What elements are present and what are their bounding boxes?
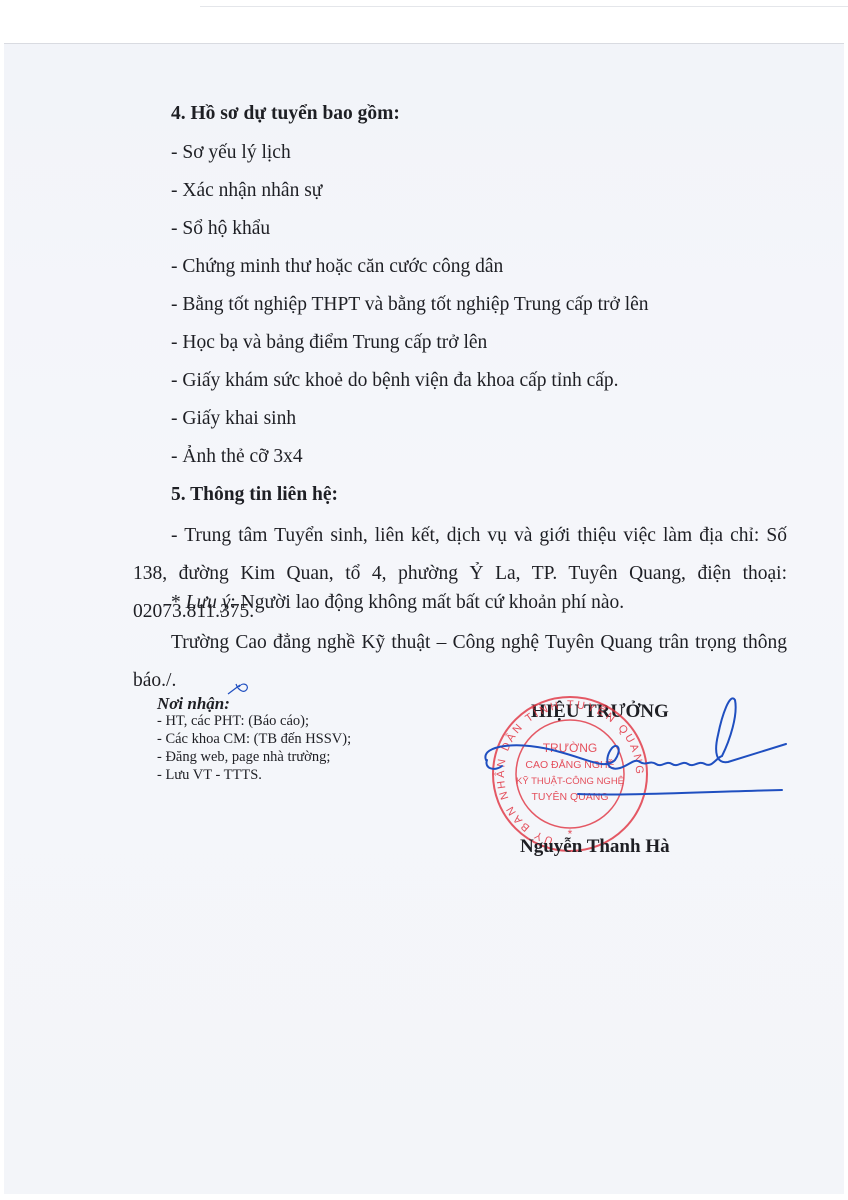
closing-paragraph: Trường Cao đẳng nghề Kỹ thuật – Công ngh… [133, 624, 787, 700]
requirement-item: - Sơ yếu lý lịch [171, 143, 291, 163]
requirement-item: - Giấy khám sức khoẻ do bệnh viện đa kho… [171, 371, 619, 391]
scan-edge-line [200, 6, 848, 7]
recipient-item: - Lưu VT - TTTS. [157, 768, 262, 783]
note-prefix: * [171, 592, 186, 613]
requirement-item: - Xác nhận nhân sự [171, 181, 322, 201]
section-4-heading: 4. Hồ sơ dự tuyển bao gồm: [171, 104, 400, 124]
requirement-item: - Ảnh thẻ cỡ 3x4 [171, 447, 303, 467]
signer-title: HIỆU TRƯỞNG [531, 701, 669, 723]
section-5-heading: 5. Thông tin liên hệ: [171, 485, 338, 505]
requirement-item: - Bằng tốt nghiệp THPT và bằng tốt nghiệ… [171, 295, 649, 315]
recipients-title: Nơi nhận: [157, 694, 230, 714]
recipient-item: - Các khoa CM: (TB đến HSSV); [157, 732, 351, 747]
signer-name: Nguyễn Thanh Hà [520, 836, 670, 858]
note-paragraph: * Lưu ý: Người lao động không mất bất cứ… [171, 593, 624, 613]
scan-top-margin [0, 0, 848, 43]
requirement-item: - Giấy khai sinh [171, 409, 296, 429]
requirement-item: - Sổ hộ khẩu [171, 219, 270, 239]
note-text: : Người lao động không mất bất cứ khoản … [230, 592, 624, 613]
requirement-item: - Chứng minh thư hoặc căn cước công dân [171, 257, 503, 277]
requirement-item: - Học bạ và bảng điểm Trung cấp trở lên [171, 333, 487, 353]
recipient-item: - HT, các PHT: (Báo cáo); [157, 714, 309, 729]
contact-paragraph: - Trung tâm Tuyển sinh, liên kết, dịch v… [133, 517, 787, 631]
note-label: Lưu ý [186, 592, 231, 613]
recipient-item: - Đăng web, page nhà trường; [157, 750, 330, 765]
